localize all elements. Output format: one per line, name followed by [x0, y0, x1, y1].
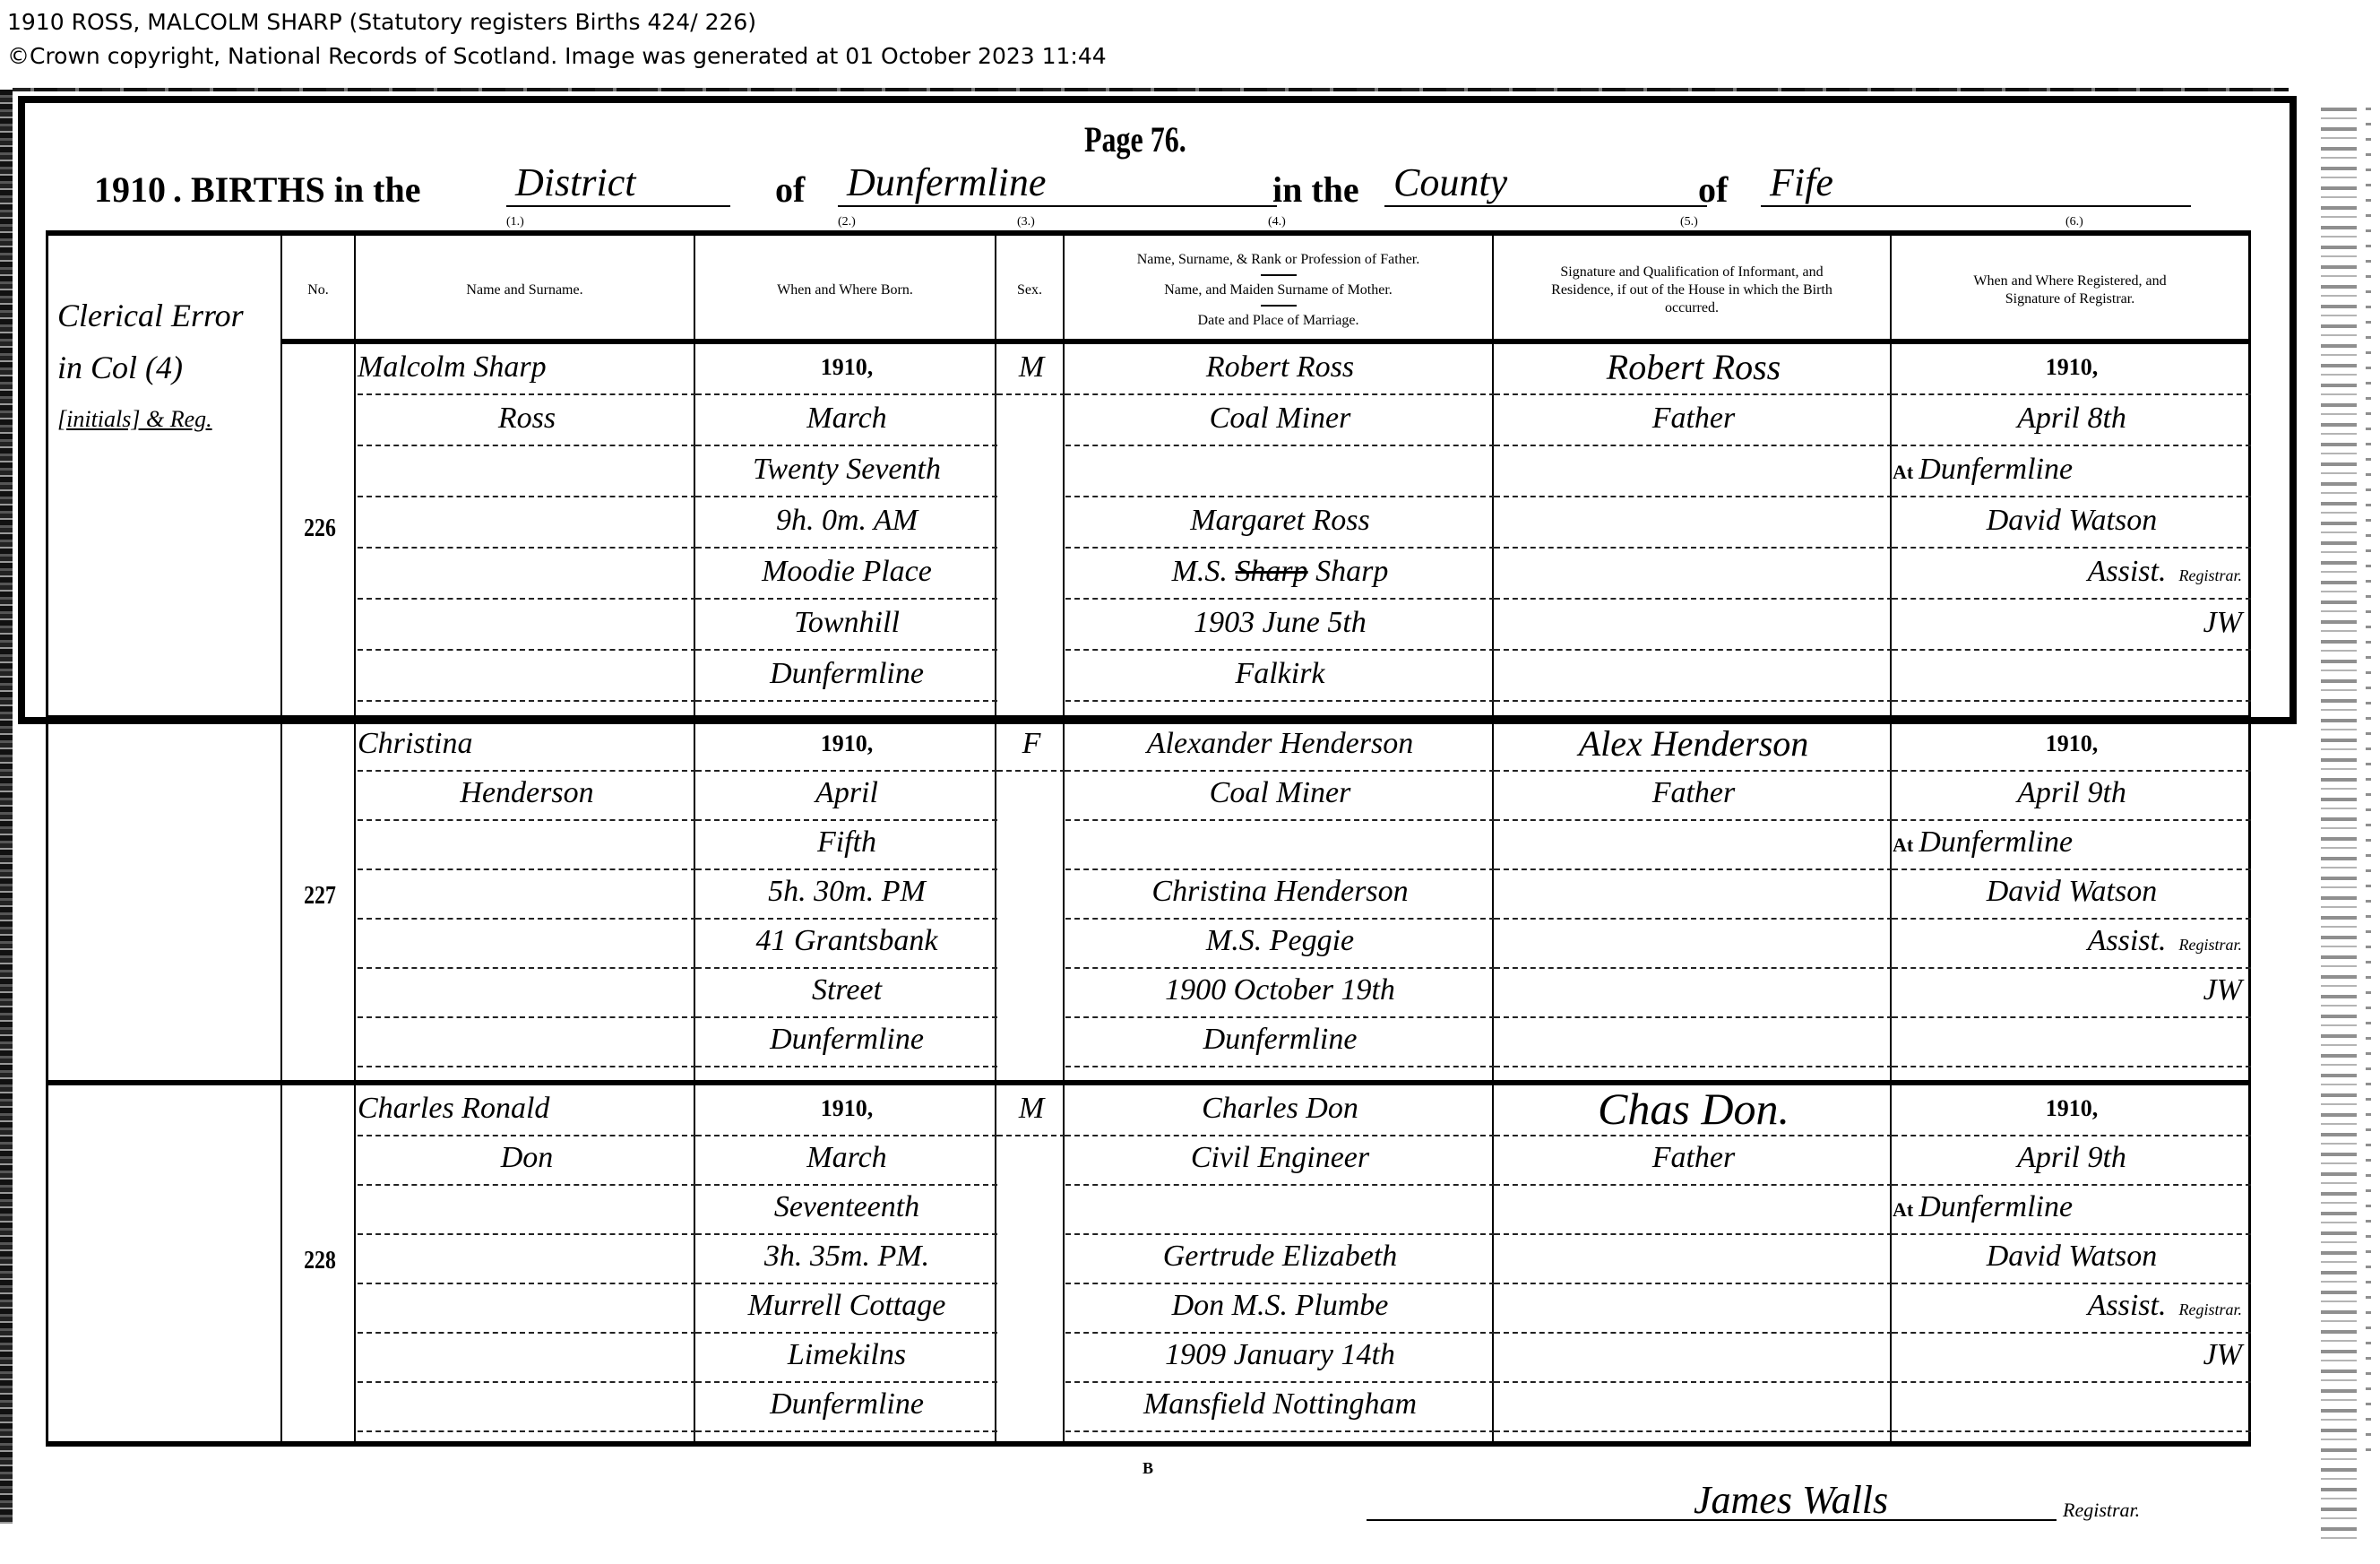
birth-place-line-3: Dunfermline: [696, 651, 997, 702]
birth-time: 5h. 30m. PM: [696, 868, 997, 920]
scan-edge-left: [0, 90, 13, 1524]
heading-colnum-3: (3.): [1017, 215, 1035, 229]
father-name: Alexander Henderson: [1065, 721, 1495, 772]
registrar-role: Assist.Registrar.: [1893, 549, 2251, 600]
birth-year: 1910,: [696, 1085, 997, 1136]
birth-place-line-1: 41 Grantsbank: [696, 918, 997, 969]
registration-place: AtDunfermline: [1893, 446, 2251, 497]
birth-month: April: [696, 770, 997, 821]
marriage-place: Mansfield Nottingham: [1065, 1381, 1495, 1432]
informant-qualification: Father: [1495, 1135, 1893, 1186]
registration-blank: [1893, 1016, 2251, 1067]
document-caption-copyright: ©Crown copyright, National Records of Sc…: [7, 43, 1107, 69]
name-blank: [358, 868, 696, 920]
column-header-registered: When and Where Registered, and Signature…: [1892, 236, 2248, 344]
informant-blank: [1495, 1332, 1893, 1383]
column-header-when-where: When and Where Born.: [695, 236, 995, 344]
name-blank: [358, 1233, 696, 1284]
column-header-no: No.: [282, 236, 354, 344]
informant-qualification: Father: [1495, 770, 1893, 821]
scan-edge-right: [2321, 108, 2357, 1542]
parents-blank: [1065, 446, 1495, 497]
informant-blank: [1495, 600, 1893, 651]
father-name: Charles Don: [1065, 1085, 1495, 1136]
record-number: 228: [304, 1247, 336, 1275]
birth-place-line-2: Limekilns: [696, 1332, 997, 1383]
marriage-place: Dunfermline: [1065, 1016, 1495, 1067]
name-blank: [358, 1381, 696, 1432]
marriage-date: 1900 October 19th: [1065, 967, 1495, 1018]
marriage-date: 1903 June 5th: [1065, 600, 1495, 651]
birth-month: March: [696, 1135, 997, 1186]
name-blank: [358, 651, 696, 702]
heading-of-1: of: [775, 168, 805, 211]
name-blank: [358, 1016, 696, 1067]
birth-record-227[interactable]: 227 Christina Henderson 1910, April Fift…: [48, 721, 2248, 1079]
informant-blank: [1495, 1233, 1893, 1284]
document-caption-title: 1910 ROSS, MALCOLM SHARP (Statutory regi…: [7, 9, 756, 35]
parents-blank: [1065, 819, 1495, 870]
father-name: Robert Ross: [1065, 344, 1495, 395]
birth-time: 9h. 0m. AM: [696, 497, 997, 549]
scan-edge-right-inner: [2366, 108, 2371, 1452]
heading-county-type: County: [1384, 160, 1707, 207]
name-blank: [358, 1332, 696, 1383]
sex: M: [997, 344, 1065, 395]
birth-place-line-2: Townhill: [696, 600, 997, 651]
mother-name: Gertrude Elizabeth: [1065, 1233, 1495, 1284]
birth-place-line-3: Dunfermline: [696, 1016, 997, 1067]
informant-blank: [1495, 868, 1893, 920]
registration-date: April 9th: [1893, 1135, 2251, 1186]
heading-colnum-2: (2.): [838, 215, 856, 229]
column-header-name: Name and Surname.: [356, 236, 694, 344]
heading-colnum-1: (1.): [506, 215, 524, 229]
registrar-signature: James Walls: [1694, 1477, 1888, 1523]
name-blank: [358, 819, 696, 870]
birth-place-line-3: Dunfermline: [696, 1381, 997, 1432]
column-header-informant: Signature and Qualification of Informant…: [1494, 236, 1890, 344]
name-blank: [358, 600, 696, 651]
mother-name: Christina Henderson: [1065, 868, 1495, 920]
registrar-role: Assist.Registrar.: [1893, 918, 2251, 969]
mother-name: Margaret Ross: [1065, 497, 1495, 549]
heading-births-label: . BIRTHS in the: [173, 168, 420, 211]
registration-year: 1910,: [1893, 1085, 2251, 1136]
birth-year: 1910,: [696, 721, 997, 772]
registrar-name: David Watson: [1893, 497, 2251, 549]
registration-place: AtDunfermline: [1893, 819, 2251, 870]
page-number: Page 76.: [1084, 118, 1186, 160]
informant-blank: [1495, 497, 1893, 549]
registration-year: 1910,: [1893, 344, 2251, 395]
registration-blank: [1893, 651, 2251, 702]
name-blank: [358, 446, 696, 497]
registrar-role: Assist.Registrar.: [1893, 1283, 2251, 1334]
birth-day: Seventeenth: [696, 1184, 997, 1235]
name-blank: [358, 1184, 696, 1235]
registration-date: April 8th: [1893, 395, 2251, 446]
register-heading: 1910 . BIRTHS in the District of Dunferm…: [94, 168, 2227, 213]
name-blank: [358, 1283, 696, 1334]
informant-blank: [1495, 1016, 1893, 1067]
sex: F: [997, 721, 1065, 772]
birth-place-line-1: Moodie Place: [696, 549, 997, 600]
informant-blank: [1495, 446, 1893, 497]
birth-record-226[interactable]: 226 Malcolm Sharp Ross 1910, March Twent…: [48, 344, 2248, 718]
informant-blank: [1495, 1184, 1893, 1235]
marriage-date: 1909 January 14th: [1065, 1332, 1495, 1383]
name-blank: [358, 918, 696, 969]
births-register-table: No. Name and Surname. When and Where Bor…: [46, 230, 2251, 1447]
child-name-line-1: Malcolm Sharp: [358, 344, 696, 395]
birth-place-line-2: Street: [696, 967, 997, 1018]
heading-colnum-6: (6.): [2065, 215, 2083, 229]
registrar-label: Registrar.: [2063, 1499, 2140, 1522]
mother-maiden-surname: M.S. Peggie: [1065, 918, 1495, 969]
heading-in-the: in the: [1272, 168, 1359, 211]
heading-colnum-4: (4.): [1268, 215, 1286, 229]
column-header-sex: Sex.: [996, 236, 1063, 344]
informant-blank: [1495, 1381, 1893, 1432]
record-number: 226: [304, 514, 336, 543]
informant-blank: [1495, 819, 1893, 870]
registrar-name: David Watson: [1893, 1233, 2251, 1284]
heading-district-type: District: [506, 160, 730, 207]
heading-year: 1910: [94, 168, 166, 211]
heading-district-name: Dunfermline: [838, 160, 1277, 207]
record-number: 227: [304, 882, 336, 911]
registrar-initials: JW: [1893, 1332, 2251, 1383]
registrar-name: David Watson: [1893, 868, 2251, 920]
child-name-line-2: Ross: [358, 395, 696, 446]
birth-month: March: [696, 395, 997, 446]
heading-of-2: of: [1698, 168, 1728, 211]
informant-blank: [1495, 651, 1893, 702]
father-occupation: Civil Engineer: [1065, 1135, 1495, 1186]
registration-date: April 9th: [1893, 770, 2251, 821]
registrar-initials: JW: [1893, 600, 2251, 651]
heading-county-name: Fife: [1761, 160, 2191, 207]
birth-day: Twenty Seventh: [696, 446, 997, 497]
birth-day: Fifth: [696, 819, 997, 870]
child-name-line-1: Charles Ronald: [358, 1085, 696, 1136]
birth-year: 1910,: [696, 344, 997, 395]
page-footer-letter: B: [1143, 1459, 1153, 1478]
birth-record-228[interactable]: 228 Charles Ronald Don 1910, March Seven…: [48, 1085, 2248, 1444]
registration-year: 1910,: [1893, 721, 2251, 772]
informant-signature: Robert Ross: [1495, 344, 1893, 395]
scan-edge-top: [13, 88, 2289, 91]
informant-signature: Chas Don.: [1495, 1085, 1893, 1136]
registrar-initials: JW: [1893, 967, 2251, 1018]
name-blank: [358, 967, 696, 1018]
parents-blank: [1065, 1184, 1495, 1235]
birth-time: 3h. 35m. PM.: [696, 1233, 997, 1284]
informant-qualification: Father: [1495, 395, 1893, 446]
child-name-line-2: Don: [358, 1135, 696, 1186]
father-occupation: Coal Miner: [1065, 395, 1495, 446]
mother-maiden-surname: M.S. Sharp Sharp: [1065, 549, 1495, 600]
informant-blank: [1495, 918, 1893, 969]
father-occupation: Coal Miner: [1065, 770, 1495, 821]
registration-blank: [1893, 1381, 2251, 1432]
column-header-parents: Name, Surname, & Rank or Profession of F…: [1065, 236, 1492, 344]
registration-place: AtDunfermline: [1893, 1184, 2251, 1235]
mother-maiden-surname: Don M.S. Plumbe: [1065, 1283, 1495, 1334]
sex: M: [997, 1085, 1065, 1136]
heading-colnum-5: (5.): [1680, 215, 1698, 229]
informant-signature: Alex Henderson: [1495, 721, 1893, 772]
informant-blank: [1495, 967, 1893, 1018]
name-blank: [358, 497, 696, 549]
birth-place-line-1: Murrell Cottage: [696, 1283, 997, 1334]
name-blank: [358, 549, 696, 600]
child-name-line-2: Henderson: [358, 770, 696, 821]
child-name-line-1: Christina: [358, 721, 696, 772]
informant-blank: [1495, 1283, 1893, 1334]
informant-blank: [1495, 549, 1893, 600]
marriage-place: Falkirk: [1065, 651, 1495, 702]
